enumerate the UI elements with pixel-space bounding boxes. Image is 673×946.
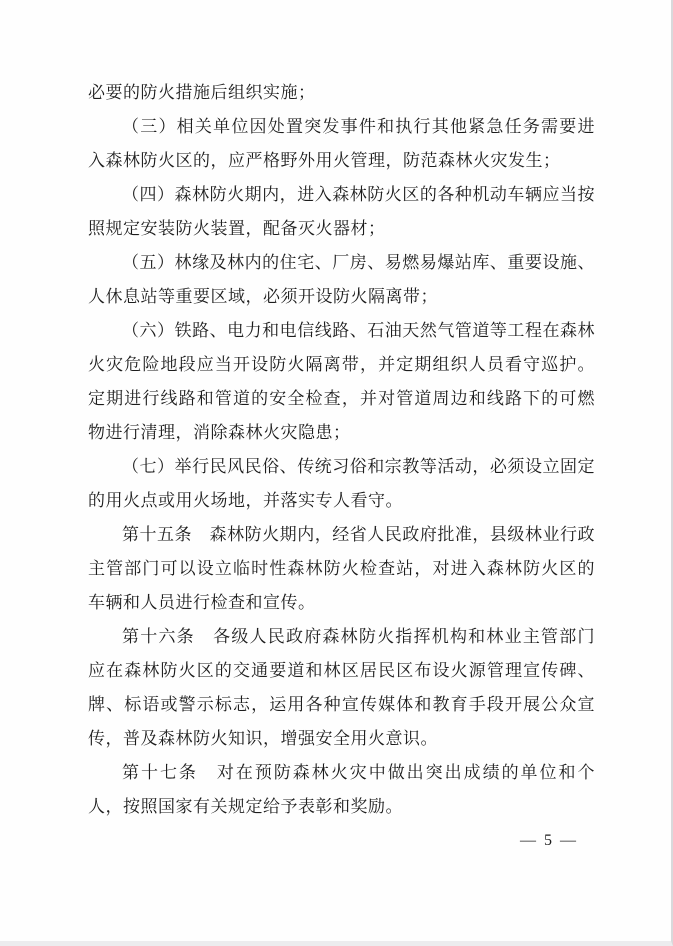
text-line: 第十五条 森林防火期内，经省人民政府批准，县级林业行政 bbox=[88, 518, 595, 552]
text-line: 照规定安装防火装置，配备灭火器材； bbox=[88, 212, 595, 246]
text-line: 的用火点或用火场地，并落实专人看守。 bbox=[88, 484, 595, 518]
text-line: 牌、标语或警示标志，运用各种宣传媒体和教育手段开展公众宣 bbox=[88, 688, 595, 722]
text-line: 主管部门可以设立临时性森林防火检查站，对进入森林防火区的 bbox=[88, 552, 595, 586]
text-line: 人休息站等重要区域，必须开设防火隔离带； bbox=[88, 280, 595, 314]
page-number: — 5 — bbox=[88, 830, 595, 852]
document-page: 必要的防火措施后组织实施； （三）相关单位因处置突发事件和执行其他紧急任务需要进… bbox=[0, 0, 673, 946]
text-line: 入森林防火区的，应严格野外用火管理，防范森林火灾发生； bbox=[88, 144, 595, 178]
text-line: 物进行清理，消除森林火灾隐患； bbox=[88, 416, 595, 450]
text-line: 车辆和人员进行检查和宣传。 bbox=[88, 586, 595, 620]
text-line: 定期进行线路和管道的安全检查，并对管道周边和线路下的可燃 bbox=[88, 382, 595, 416]
text-line: （四）森林防火期内，进入森林防火区的各种机动车辆应当按 bbox=[88, 178, 595, 212]
text-line: （三）相关单位因处置突发事件和执行其他紧急任务需要进 bbox=[88, 110, 595, 144]
text-line: 人，按照国家有关规定给予表彰和奖励。 bbox=[88, 790, 595, 824]
text-line: （七）举行民风民俗、传统习俗和宗教等活动，必须设立固定 bbox=[88, 450, 595, 484]
text-line: （五）林缘及林内的住宅、厂房、易燃易爆站库、重要设施、行 bbox=[88, 246, 595, 280]
text-line: 火灾危险地段应当开设防火隔离带，并定期组织人员看守巡护。 bbox=[88, 348, 595, 382]
text-line: （六）铁路、电力和电信线路、石油天然气管道等工程在森林 bbox=[88, 314, 595, 348]
text-line: 第十七条 对在预防森林火灾中做出突出成绩的单位和个 bbox=[88, 756, 595, 790]
text-line: 必要的防火措施后组织实施； bbox=[88, 76, 595, 110]
document-text-block: 必要的防火措施后组织实施； （三）相关单位因处置突发事件和执行其他紧急任务需要进… bbox=[88, 76, 595, 852]
text-line: 第十六条 各级人民政府森林防火指挥机构和林业主管部门 bbox=[88, 620, 595, 654]
text-line: 传，普及森林防火知识，增强安全用火意识。 bbox=[88, 722, 595, 756]
text-line: 应在森林防火区的交通要道和林区居民区布设火源管理宣传碑、 bbox=[88, 654, 595, 688]
